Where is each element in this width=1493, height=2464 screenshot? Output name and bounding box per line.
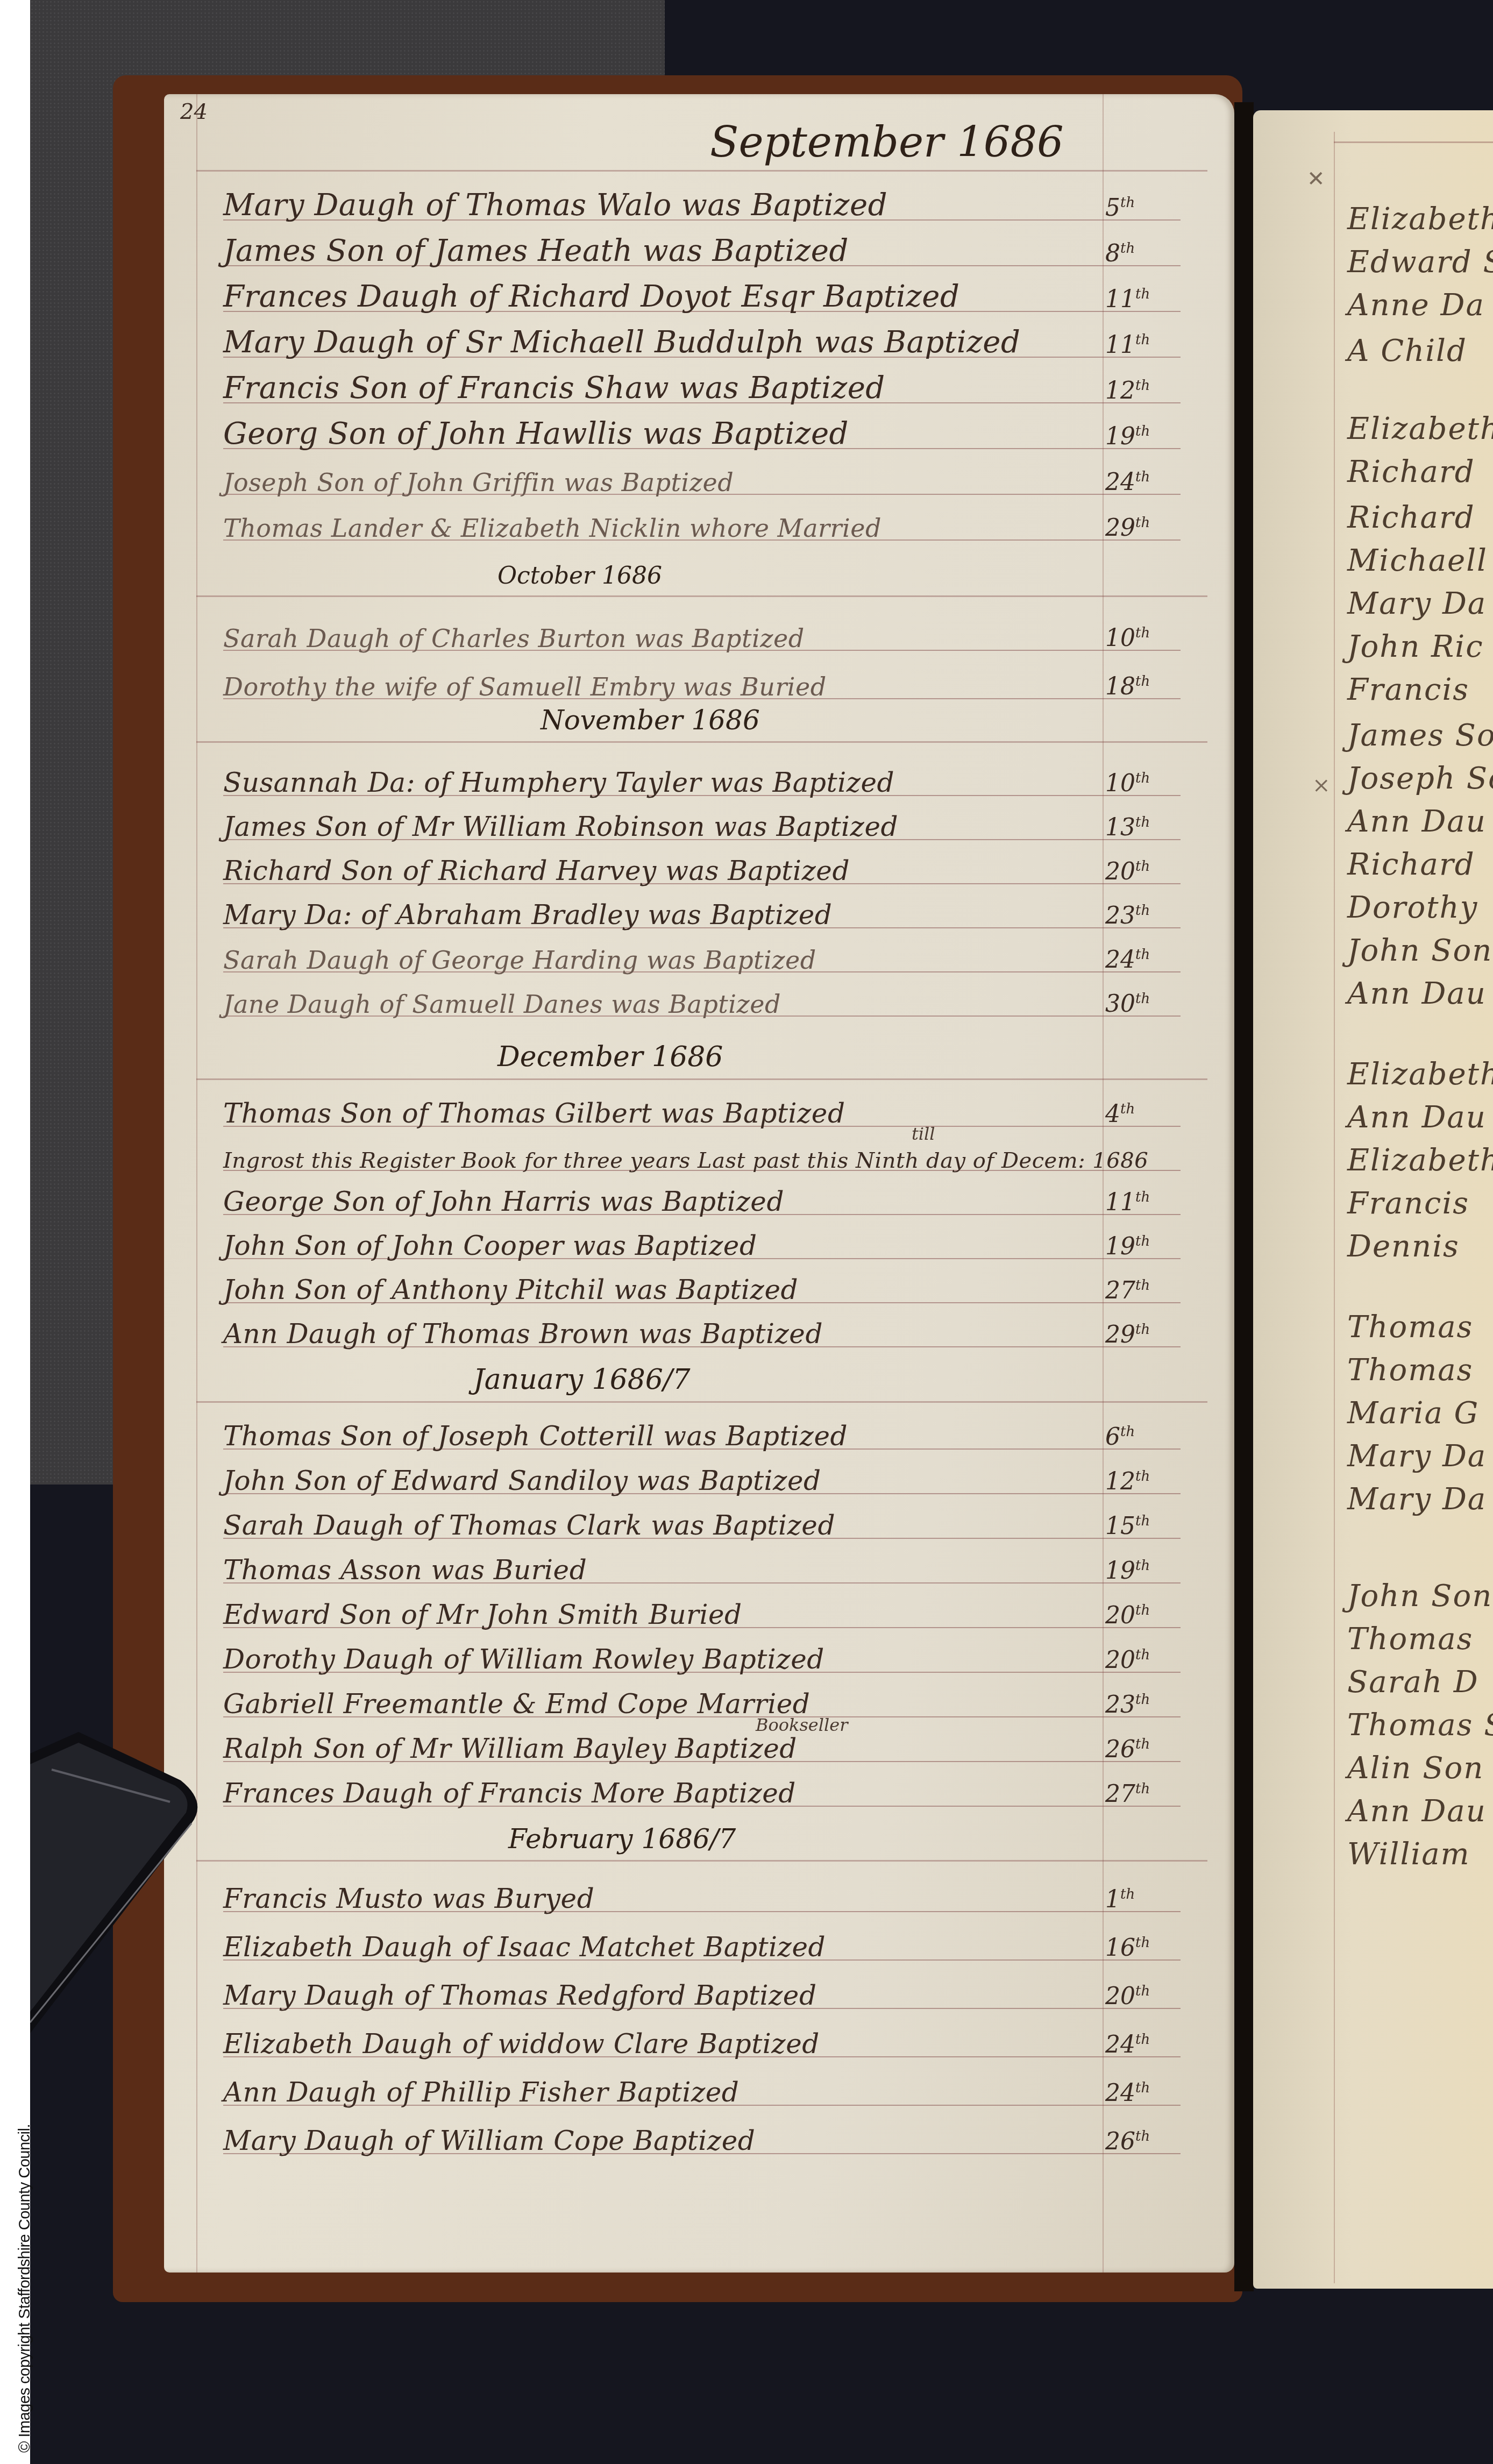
- register-entry: Ann Daugh of Thomas Brown was Baptized29…: [223, 1315, 1224, 1354]
- entry-day: 5th: [1105, 194, 1135, 222]
- entry-day: 11th: [1105, 1189, 1150, 1216]
- day-suffix: th: [1135, 1647, 1150, 1663]
- day-suffix: th: [1120, 1101, 1135, 1117]
- day-suffix: th: [1135, 1277, 1150, 1294]
- register-entry: Thomas Asson was Buried19th: [223, 1551, 1224, 1590]
- right-page: ✕ × ElizabethEdward SAnne DaA ChildEliza…: [1253, 110, 1493, 2289]
- entry-day: 24th: [1105, 468, 1150, 496]
- day-suffix: th: [1135, 1781, 1150, 1797]
- entry-text: Ralph Son of Mr William Bayley Baptized: [223, 1733, 797, 1764]
- register-entry: Francis Son of Francis Shaw was Baptized…: [223, 371, 1224, 410]
- register-entry: Ingrost this Register Book for three yea…: [223, 1139, 1224, 1177]
- entry-day: 20th: [1105, 1602, 1150, 1629]
- right-page-entry: Thomas: [1347, 1310, 1473, 1345]
- day-suffix: th: [1135, 423, 1150, 439]
- entry-text: Dorothy Daugh of William Rowley Baptized: [223, 1644, 824, 1675]
- right-page-entry: Ann Dau: [1347, 1794, 1487, 1829]
- heading-rule: [196, 1860, 1207, 1862]
- day-suffix: th: [1135, 2032, 1150, 2048]
- day-suffix: th: [1135, 1602, 1150, 1618]
- day-suffix: th: [1135, 770, 1150, 786]
- register-entry: Ralph Son of Mr William Bayley BaptizedB…: [223, 1730, 1224, 1769]
- day-suffix: th: [1135, 378, 1150, 394]
- entry-day: 29th: [1105, 514, 1150, 542]
- day-number: 20: [1105, 1646, 1135, 1674]
- copyright-notice: © Images copyright Staffordshire County …: [16, 2124, 34, 2453]
- right-page-entry: Mary Da: [1347, 586, 1487, 621]
- entry-day: 11th: [1105, 286, 1150, 313]
- day-number: 26: [1105, 2128, 1135, 2155]
- register-entry: Francis Musto was Buryed1th: [223, 1880, 1224, 1919]
- entry-text: Francis Musto was Buryed: [223, 1883, 594, 1914]
- entry-day: 8th: [1105, 240, 1135, 267]
- register-entry: Mary Da: of Abraham Bradley was Baptized…: [223, 896, 1224, 935]
- entry-text: Jane Daugh of Samuell Danes was Baptized: [223, 990, 781, 1019]
- register-entry: Elizabeth Daugh of Isaac Matchet Baptize…: [223, 1928, 1224, 1967]
- entry-text: Frances Daugh of Richard Doyot Esqr Bapt…: [223, 279, 959, 314]
- day-number: 11: [1105, 286, 1135, 313]
- right-page-entry: Elizabeth: [1347, 202, 1493, 237]
- register-entry: Ann Daugh of Phillip Fisher Baptized24th: [223, 2074, 1224, 2112]
- entry-text: Gabriell Freemantle & Emd Cope Married: [223, 1688, 810, 1720]
- register-entry: Thomas Lander & Elizabeth Nicklin whore …: [223, 508, 1224, 547]
- day-number: 26: [1105, 1736, 1135, 1763]
- entry-day: 6th: [1105, 1423, 1135, 1451]
- right-page-entry: Anne Da: [1347, 288, 1485, 323]
- day-number: 19: [1105, 423, 1135, 450]
- right-page-entry: John Son: [1347, 933, 1492, 968]
- entry-day: 27th: [1105, 1277, 1150, 1304]
- entry-text: Thomas Son of Thomas Gilbert was Baptize…: [223, 1098, 845, 1129]
- register-entry: George Son of John Harris was Baptized11…: [223, 1183, 1224, 1222]
- right-top-rule: [1334, 141, 1493, 143]
- heading-rule: [196, 741, 1207, 743]
- right-page-entry: Maria G: [1347, 1396, 1479, 1431]
- day-number: 1: [1105, 1886, 1120, 1913]
- day-suffix: th: [1135, 1189, 1150, 1205]
- entry-day: 12th: [1105, 377, 1150, 404]
- entry-day: 11th: [1105, 331, 1150, 359]
- register-entry: Frances Daugh of Richard Doyot Esqr Bapt…: [223, 280, 1224, 318]
- day-number: 13: [1105, 814, 1135, 841]
- day-number: 4: [1105, 1100, 1120, 1128]
- entry-day: 20th: [1105, 858, 1150, 885]
- register-entry: Mary Daugh of William Cope Baptized26th: [223, 2122, 1224, 2161]
- day-number: 23: [1105, 902, 1135, 929]
- entry-text: John Son of Anthony Pitchil was Baptized: [223, 1274, 798, 1305]
- entry-day: 10th: [1105, 624, 1150, 652]
- register-entry: James Son of Mr William Robinson was Bap…: [223, 808, 1224, 847]
- register-entry: Georg Son of John Hawllis was Baptized19…: [223, 417, 1224, 456]
- entry-text: Mary Daugh of Thomas Walo was Baptized: [223, 188, 887, 223]
- entry-day: 29th: [1105, 1321, 1150, 1348]
- day-suffix: th: [1135, 858, 1150, 875]
- right-page-entry: Elizabeth: [1347, 411, 1493, 446]
- day-suffix: th: [1135, 515, 1150, 531]
- entry-text: Joseph Son of John Griffin was Baptized: [223, 468, 734, 497]
- entry-day: 1th: [1105, 1886, 1135, 1913]
- register-entry: Frances Daugh of Francis More Baptized27…: [223, 1774, 1224, 1813]
- month-heading: February 1686/7: [508, 1823, 736, 1855]
- image-margin: [0, 0, 30, 2464]
- register-entry: Edward Son of Mr John Smith Buried20th: [223, 1596, 1224, 1635]
- day-number: 24: [1105, 2079, 1135, 2107]
- month-heading: January 1686/7: [473, 1364, 691, 1396]
- register-entry: Mary Daugh of Sr Michaell Buddulph was B…: [223, 325, 1224, 364]
- right-page-entry: Thomas: [1347, 1622, 1473, 1657]
- entry-day: 13th: [1105, 814, 1150, 841]
- day-number: 15: [1105, 1513, 1135, 1540]
- entry-text: John Son of Edward Sandiloy was Baptized: [223, 1465, 821, 1496]
- day-number: 20: [1105, 1602, 1135, 1629]
- day-suffix: th: [1120, 195, 1135, 211]
- right-page-entry: Thomas: [1347, 1353, 1473, 1388]
- entry-day: 15th: [1105, 1513, 1150, 1540]
- entry-text: Elizabeth Daugh of Isaac Matchet Baptize…: [223, 1932, 826, 1963]
- right-page-entry: A Child: [1347, 333, 1467, 368]
- right-page-entry: William: [1347, 1837, 1470, 1872]
- right-page-entry: Michaell: [1347, 543, 1488, 578]
- day-number: 20: [1105, 858, 1135, 885]
- right-page-entry: Richard: [1347, 847, 1475, 882]
- entry-day: 26th: [1105, 1736, 1150, 1763]
- right-margin-rule: [1334, 132, 1335, 2283]
- day-suffix: th: [1135, 286, 1150, 302]
- day-suffix: th: [1135, 947, 1150, 963]
- day-number: 19: [1105, 1557, 1135, 1585]
- day-suffix: th: [1120, 240, 1135, 257]
- register-entry: Jane Daugh of Samuell Danes was Baptized…: [223, 984, 1224, 1023]
- day-suffix: th: [1135, 1322, 1150, 1338]
- entry-day: 12th: [1105, 1468, 1150, 1495]
- day-number: 16: [1105, 1934, 1135, 1962]
- month-heading: October 1686: [497, 562, 662, 590]
- entry-text: Mary Daugh of Sr Michaell Buddulph was B…: [223, 325, 1020, 360]
- register-entry: John Son of Edward Sandiloy was Baptized…: [223, 1462, 1224, 1501]
- entry-day: 20th: [1105, 1646, 1150, 1674]
- right-page-entry: Ann Dau: [1347, 804, 1487, 839]
- right-page-entry: Mary Da: [1347, 1439, 1487, 1474]
- right-page-entry: John Ric: [1347, 629, 1484, 664]
- register-entry: John Son of Anthony Pitchil was Baptized…: [223, 1271, 1224, 1310]
- day-suffix: th: [1135, 1558, 1150, 1574]
- register-entry: Dorothy the wife of Samuell Embry was Bu…: [223, 667, 1224, 706]
- day-number: 5: [1105, 194, 1120, 222]
- entry-text: Georg Son of John Hawllis was Baptized: [223, 416, 849, 451]
- day-number: 27: [1105, 1277, 1135, 1304]
- day-number: 10: [1105, 770, 1135, 797]
- cross-mark: ×: [1312, 773, 1331, 798]
- entry-text: Thomas Lander & Elizabeth Nicklin whore …: [223, 514, 881, 543]
- entry-text: Elizabeth Daugh of widdow Clare Baptized: [223, 2028, 820, 2060]
- right-page-entry: Edward S: [1347, 245, 1493, 280]
- entry-day: 18th: [1105, 673, 1150, 700]
- day-number: 11: [1105, 331, 1135, 359]
- right-page-entry: Ann Dau: [1347, 1100, 1487, 1135]
- cross-mark: ✕: [1307, 167, 1325, 191]
- register-entry: Joseph Son of John Griffin was Baptized2…: [223, 463, 1224, 501]
- register-entry: Elizabeth Daugh of widdow Clare Baptized…: [223, 2025, 1224, 2064]
- entry-text: Mary Daugh of William Cope Baptized: [223, 2125, 755, 2156]
- day-suffix: th: [1135, 1233, 1150, 1249]
- entry-text: John Son of John Cooper was Baptized: [223, 1230, 757, 1261]
- entry-text: Sarah Daugh of George Harding was Baptiz…: [223, 946, 816, 975]
- day-suffix: th: [1135, 469, 1150, 485]
- register-entry: Susannah Da: of Humphery Tayler was Bapt…: [223, 764, 1224, 803]
- entry-day: 30th: [1105, 990, 1150, 1018]
- right-page-entry: Joseph So: [1347, 761, 1493, 796]
- entry-text: Ingrost this Register Book for three yea…: [223, 1148, 1148, 1173]
- day-suffix: th: [1135, 1983, 1150, 1999]
- entry-day: 24th: [1105, 2031, 1150, 2058]
- day-suffix: th: [1135, 332, 1150, 348]
- entry-text: Thomas Son of Joseph Cotterill was Bapti…: [223, 1421, 848, 1452]
- heading-rule: [196, 1078, 1207, 1080]
- entry-text: Richard Son of Richard Harvey was Baptiz…: [223, 855, 850, 886]
- entry-text: Sarah Daugh of Thomas Clark was Baptized: [223, 1510, 835, 1541]
- right-page-entry: Mary Da: [1347, 1482, 1487, 1517]
- register-entry: Mary Daugh of Thomas Walo was Baptized5t…: [223, 188, 1224, 227]
- right-page-entry: John Son: [1347, 1579, 1492, 1614]
- binder-clip: [30, 1732, 218, 2065]
- month-heading: September 1686: [710, 118, 1064, 167]
- entry-text: George Son of John Harris was Baptized: [223, 1186, 784, 1217]
- right-page-entry: Thomas So: [1347, 1708, 1493, 1743]
- day-number: 12: [1105, 377, 1135, 404]
- entry-text: Francis Son of Francis Shaw was Baptized: [223, 371, 885, 406]
- entry-day: 24th: [1105, 2079, 1150, 2107]
- entry-day: 16th: [1105, 1934, 1150, 1962]
- entry-day: 23th: [1105, 902, 1150, 929]
- right-page-entry: Ann Dau: [1347, 976, 1487, 1011]
- day-number: 10: [1105, 624, 1135, 652]
- entry-day: 23th: [1105, 1691, 1150, 1719]
- folio-number: 24: [180, 100, 208, 124]
- day-number: 30: [1105, 990, 1135, 1018]
- register-entry: John Son of John Cooper was Baptized19th: [223, 1227, 1224, 1266]
- day-suffix: th: [1120, 1424, 1135, 1440]
- day-suffix: th: [1135, 814, 1150, 830]
- entry-text: Frances Daugh of Francis More Baptized: [223, 1778, 796, 1809]
- day-suffix: th: [1135, 1935, 1150, 1951]
- entry-day: 24th: [1105, 946, 1150, 974]
- right-page-entry: Elizabeth: [1347, 1143, 1493, 1178]
- day-number: 27: [1105, 1780, 1135, 1808]
- month-heading: December 1686: [497, 1041, 723, 1073]
- day-suffix: th: [1135, 1736, 1150, 1752]
- day-suffix: th: [1135, 1513, 1150, 1529]
- entry-text: Mary Da: of Abraham Bradley was Baptized: [223, 899, 832, 931]
- heading-rule: [196, 170, 1207, 172]
- right-page-entry: Francis: [1347, 1186, 1469, 1221]
- entry-text: Susannah Da: of Humphery Tayler was Bapt…: [223, 767, 894, 798]
- day-number: 24: [1105, 468, 1135, 496]
- register-entry: Sarah Daugh of Charles Burton was Baptiz…: [223, 619, 1224, 657]
- day-number: 19: [1105, 1233, 1135, 1260]
- day-suffix: th: [1135, 2080, 1150, 2096]
- register-entry: Sarah Daugh of Thomas Clark was Baptized…: [223, 1507, 1224, 1545]
- right-page-entry: Sarah D: [1347, 1665, 1479, 1700]
- day-number: 11: [1105, 1189, 1135, 1216]
- entry-text: Sarah Daugh of Charles Burton was Baptiz…: [223, 624, 805, 653]
- book-gutter: [1234, 102, 1254, 2291]
- register-entry: Thomas Son of Joseph Cotterill was Bapti…: [223, 1417, 1224, 1456]
- day-number: 29: [1105, 1321, 1135, 1348]
- right-page-entry: Richard: [1347, 500, 1475, 535]
- entry-day: 19th: [1105, 1557, 1150, 1585]
- day-number: 6: [1105, 1423, 1120, 1451]
- entry-text: Dorothy the wife of Samuell Embry was Bu…: [223, 672, 827, 701]
- register-entry: Gabriell Freemantle & Emd Cope Married23…: [223, 1685, 1224, 1724]
- entry-day: 4th: [1105, 1100, 1135, 1128]
- entry-day: 26th: [1105, 2128, 1150, 2155]
- entry-text: James Son of Mr William Robinson was Bap…: [223, 811, 898, 842]
- entry-day: 19th: [1105, 423, 1150, 450]
- day-suffix: th: [1120, 1886, 1135, 1902]
- right-page-entry: Dorothy: [1347, 890, 1478, 925]
- day-number: 29: [1105, 514, 1135, 542]
- right-page-entry: Richard: [1347, 455, 1475, 489]
- day-number: 12: [1105, 1468, 1135, 1495]
- entry-text: James Son of James Heath was Baptized: [223, 233, 849, 268]
- interlinear-note: Bookseller: [756, 1715, 848, 1735]
- day-suffix: th: [1135, 991, 1150, 1007]
- right-page-entry: James So: [1347, 718, 1493, 753]
- right-page-entry: Francis: [1347, 672, 1469, 707]
- register-entry: Thomas Son of Thomas Gilbert was Baptize…: [223, 1095, 1224, 1133]
- entry-text: Ann Daugh of Thomas Brown was Baptized: [223, 1318, 823, 1350]
- right-page-entry: Alin Son: [1347, 1751, 1484, 1786]
- register-entry: Dorothy Daugh of William Rowley Baptized…: [223, 1641, 1224, 1679]
- register-entry: Sarah Daugh of George Harding was Baptiz…: [223, 940, 1224, 979]
- entry-text: Mary Daugh of Thomas Redgford Baptized: [223, 1980, 816, 2011]
- day-suffix: th: [1135, 625, 1150, 641]
- right-page-entry: Dennis: [1347, 1229, 1460, 1264]
- day-number: 8: [1105, 240, 1120, 267]
- entry-day: 10th: [1105, 770, 1150, 797]
- day-suffix: th: [1135, 1468, 1150, 1485]
- entry-text: Edward Son of Mr John Smith Buried: [223, 1599, 742, 1630]
- day-number: 23: [1105, 1691, 1135, 1719]
- left-page: 24 September 1686Mary Daugh of Thomas Wa…: [164, 94, 1234, 2273]
- day-number: 24: [1105, 946, 1135, 974]
- day-suffix: th: [1135, 2128, 1150, 2145]
- day-suffix: th: [1135, 903, 1150, 919]
- register-entry: Mary Daugh of Thomas Redgford Baptized20…: [223, 1977, 1224, 2015]
- right-page-entry: Elizabeth: [1347, 1057, 1493, 1092]
- day-number: 24: [1105, 2031, 1135, 2058]
- interlinear-note: till: [912, 1124, 935, 1144]
- entry-day: 27th: [1105, 1780, 1150, 1808]
- day-suffix: th: [1135, 673, 1150, 690]
- entry-day: 20th: [1105, 1983, 1150, 2010]
- heading-rule: [196, 1401, 1207, 1403]
- entry-text: Ann Daugh of Phillip Fisher Baptized: [223, 2077, 739, 2108]
- day-suffix: th: [1135, 1692, 1150, 1708]
- entry-day: 19th: [1105, 1233, 1150, 1260]
- day-number: 20: [1105, 1983, 1135, 2010]
- month-heading: November 1686: [541, 705, 760, 736]
- register-entry: James Son of James Heath was Baptized8th: [223, 234, 1224, 273]
- register-entry: Richard Son of Richard Harvey was Baptiz…: [223, 852, 1224, 891]
- entry-text: Thomas Asson was Buried: [223, 1554, 587, 1586]
- day-number: 18: [1105, 673, 1135, 700]
- heading-rule: [196, 595, 1207, 597]
